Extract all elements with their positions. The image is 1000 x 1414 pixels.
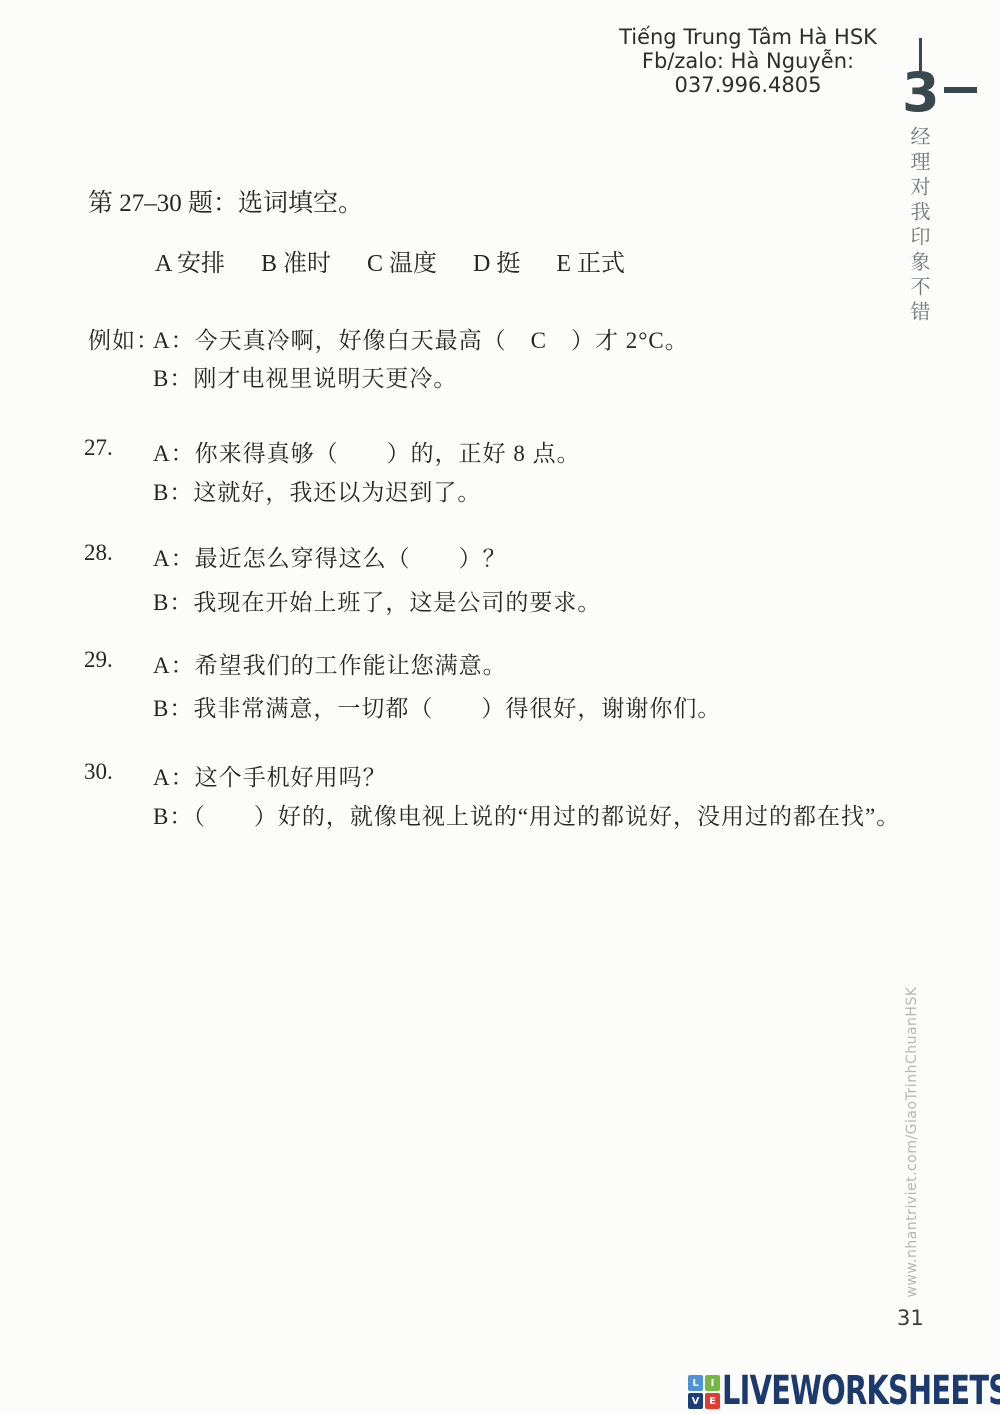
example-line-b: B：刚才电视里说明天更冷。	[153, 360, 457, 393]
option-c: C 温度	[367, 243, 437, 278]
logo-tile-e: E	[705, 1393, 720, 1409]
question-line-a: A：希望我们的工作能让您满意。	[153, 647, 507, 680]
question-line-b: B：我非常满意，一切都（ ）得很好，谢谢你们。	[153, 690, 721, 723]
header-brand: Tiếng Trung Tâm Hà HSK Fb/zalo: Hà Nguyễ…	[600, 25, 896, 97]
question-line-a: A：最近怎么穿得这么（ ）？	[153, 540, 507, 573]
logo-tile-i: I	[705, 1375, 720, 1391]
question-line-b: B：这就好，我还以为迟到了。	[153, 474, 481, 507]
sidebar-url: www.nhantriviet.com/GiaoTrinhChuanHSK	[904, 986, 920, 1297]
chapter-vertical-title: 经理对我印象不错	[905, 126, 934, 326]
brand-line-1: Tiếng Trung Tâm Hà HSK	[600, 25, 896, 49]
liveworksheets-logo-icon: L I V E	[688, 1375, 720, 1409]
option-b: B 准时	[261, 243, 331, 278]
question-number: 29.	[84, 647, 113, 673]
liveworksheets-logo-text: LIVEWORKSHEETS	[722, 1371, 1000, 1411]
chapter-number: 3	[902, 66, 940, 120]
word-bank: A 安排 B 准时 C 温度 D 挺 E 正式	[155, 243, 625, 278]
option-a: A 安排	[155, 243, 225, 278]
logo-tile-l: L	[688, 1375, 703, 1391]
brand-line-2: Fb/zalo: Hà Nguyễn: 037.996.4805	[600, 49, 896, 97]
logo-tile-v: V	[688, 1393, 703, 1409]
question-number: 30.	[84, 759, 113, 785]
option-e: E 正式	[556, 243, 625, 278]
example-label: 例如：	[88, 322, 160, 355]
question-line-b: B：（ ）好的，就像电视上说的“用过的都说好，没用过的都在找”。	[153, 798, 900, 831]
page-number: 31	[897, 1306, 924, 1330]
exercise-title: 第 27–30 题：选词填空。	[88, 183, 363, 219]
question-number: 28.	[84, 540, 113, 566]
question-line-a: A：你来得真够（ ）的，正好 8 点。	[153, 435, 581, 468]
chapter-dash-line	[944, 87, 977, 93]
question-line-a: A：这个手机好用吗？	[153, 759, 387, 792]
question-line-b: B：我现在开始上班了，这是公司的要求。	[153, 584, 601, 617]
liveworksheets-logo[interactable]: L I V E LIVEWORKSHEETS	[688, 1371, 1000, 1411]
example-line-a: A：今天真冷啊，好像白天最高（ C ）才 2°C。	[153, 322, 689, 355]
question-number: 27.	[84, 435, 113, 461]
option-d: D 挺	[473, 243, 520, 278]
